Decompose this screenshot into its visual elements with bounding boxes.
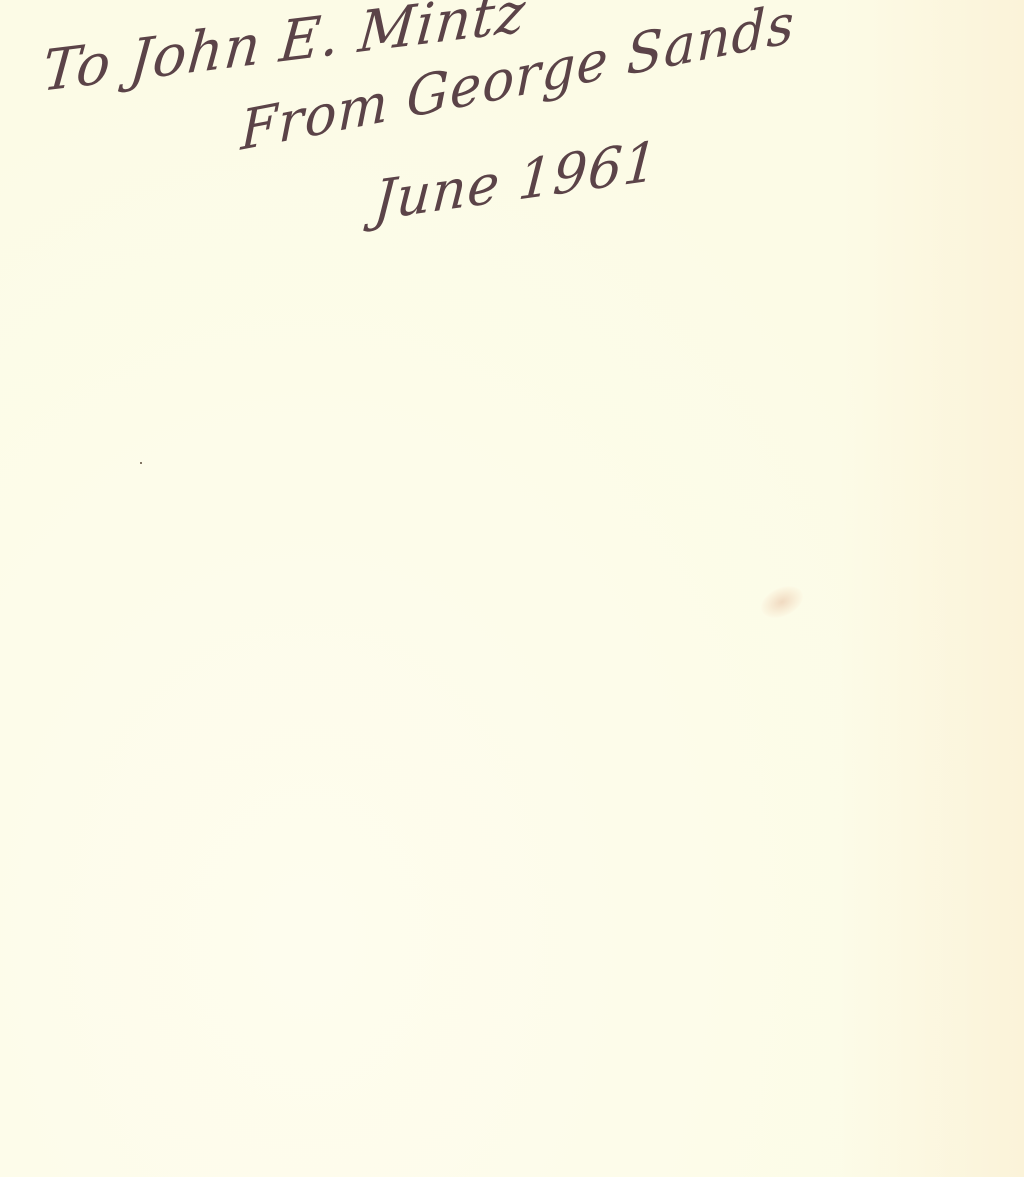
- paper-speck: [140, 462, 142, 464]
- handwritten-inscription: To John E. Mintz From George Sands June …: [0, 0, 1024, 300]
- book-page: To John E. Mintz From George Sands June …: [0, 0, 1024, 1177]
- inscription-date: June 1961: [372, 129, 660, 233]
- paper-stain: [756, 580, 808, 624]
